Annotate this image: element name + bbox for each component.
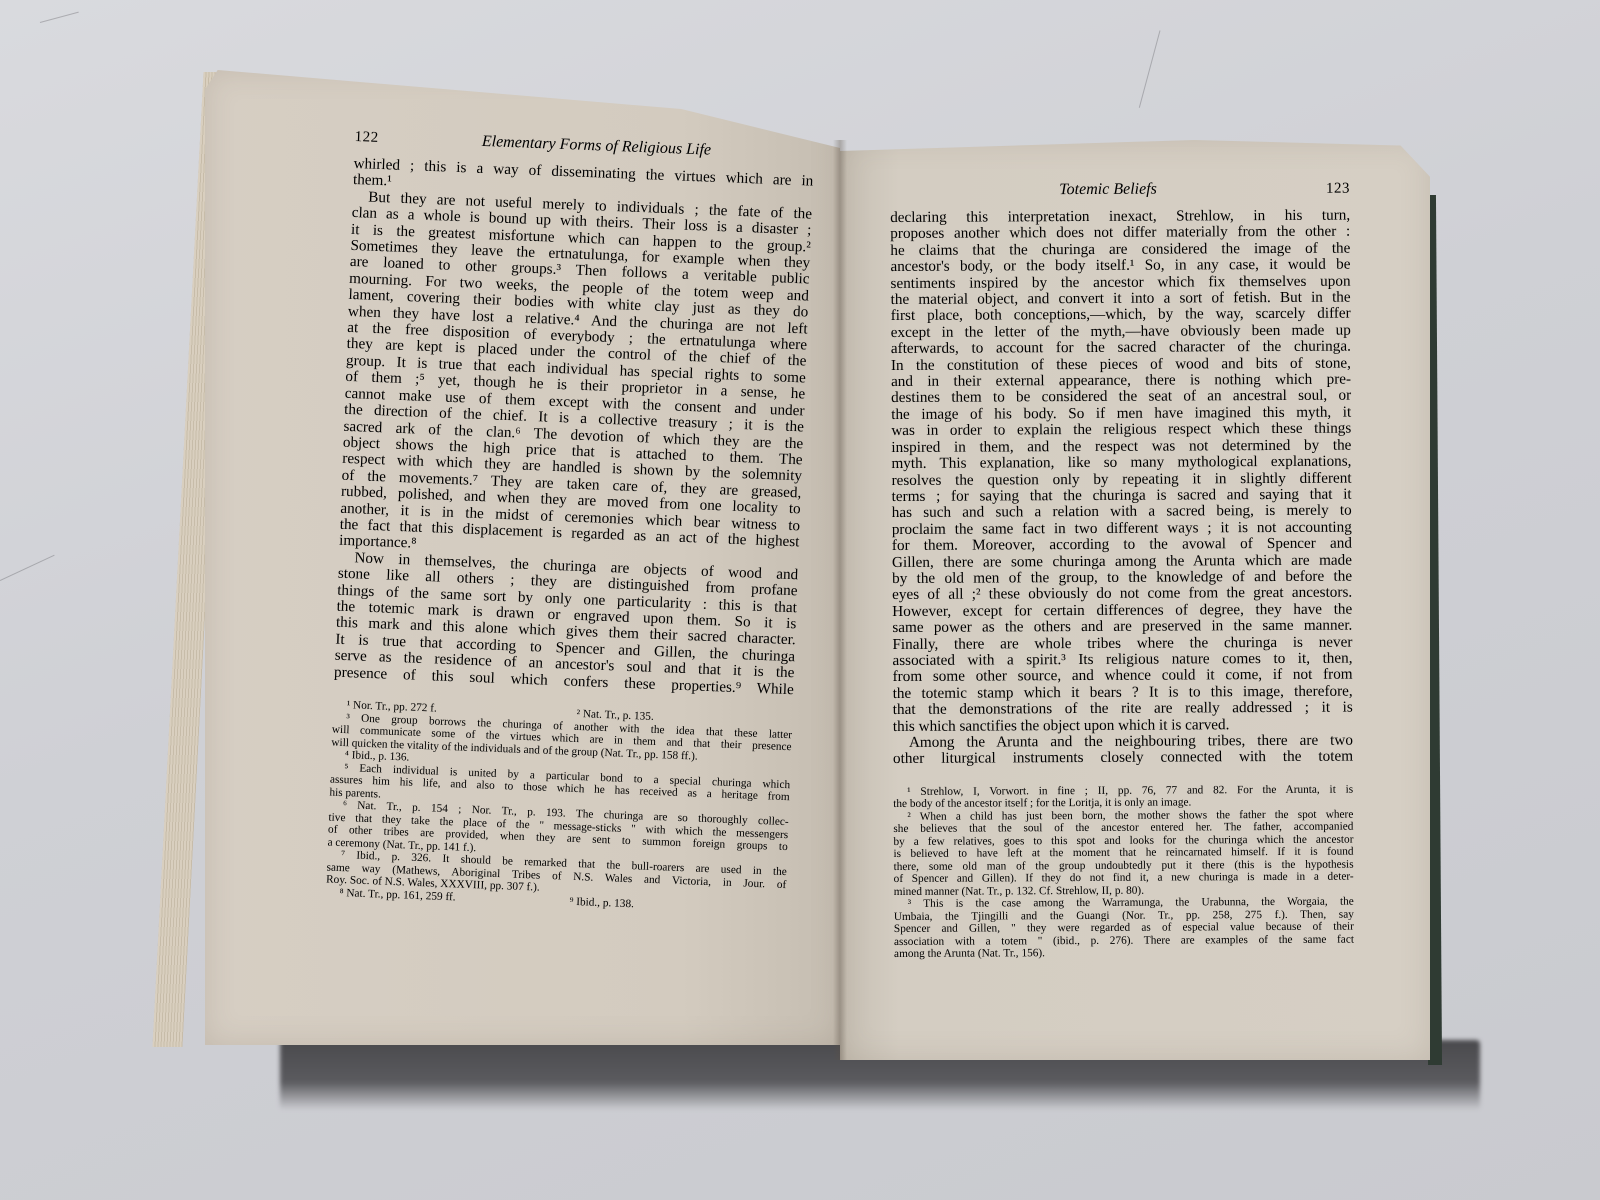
text-line: that the demonstrations of the rite are … bbox=[893, 700, 1353, 719]
page-number: 122 bbox=[354, 129, 379, 147]
footnote-line: of Spencer and Gillen). If they do not f… bbox=[894, 871, 1354, 886]
running-head-title: Totemic Beliefs bbox=[890, 180, 1326, 200]
book-gutter bbox=[833, 140, 847, 1060]
body-text: declaring this interpretation inexact, S… bbox=[890, 208, 1353, 768]
footnote-line: among the Arunta (Nat. Tr., 156). bbox=[894, 946, 1354, 961]
page-number: 123 bbox=[1326, 181, 1350, 198]
table-scratch bbox=[0, 555, 55, 581]
text-line: other liturgical instruments closely con… bbox=[893, 749, 1353, 768]
footnotes: ¹ Strehlow, I, Vorwort. in fine ; II, pp… bbox=[893, 783, 1354, 960]
table-scratch bbox=[1139, 30, 1161, 108]
left-page-text: 122 Elementary Forms of Religious Life w… bbox=[325, 128, 814, 916]
running-head-right: Totemic Beliefs 123 bbox=[890, 180, 1350, 204]
footnotes: ³ One group borrows the churinga of anot… bbox=[326, 711, 792, 904]
table-scratch bbox=[40, 12, 79, 23]
right-page-text: Totemic Beliefs 123 declaring this inter… bbox=[890, 180, 1354, 961]
body-text: whirled ; this is a way of disseminating… bbox=[334, 156, 814, 698]
